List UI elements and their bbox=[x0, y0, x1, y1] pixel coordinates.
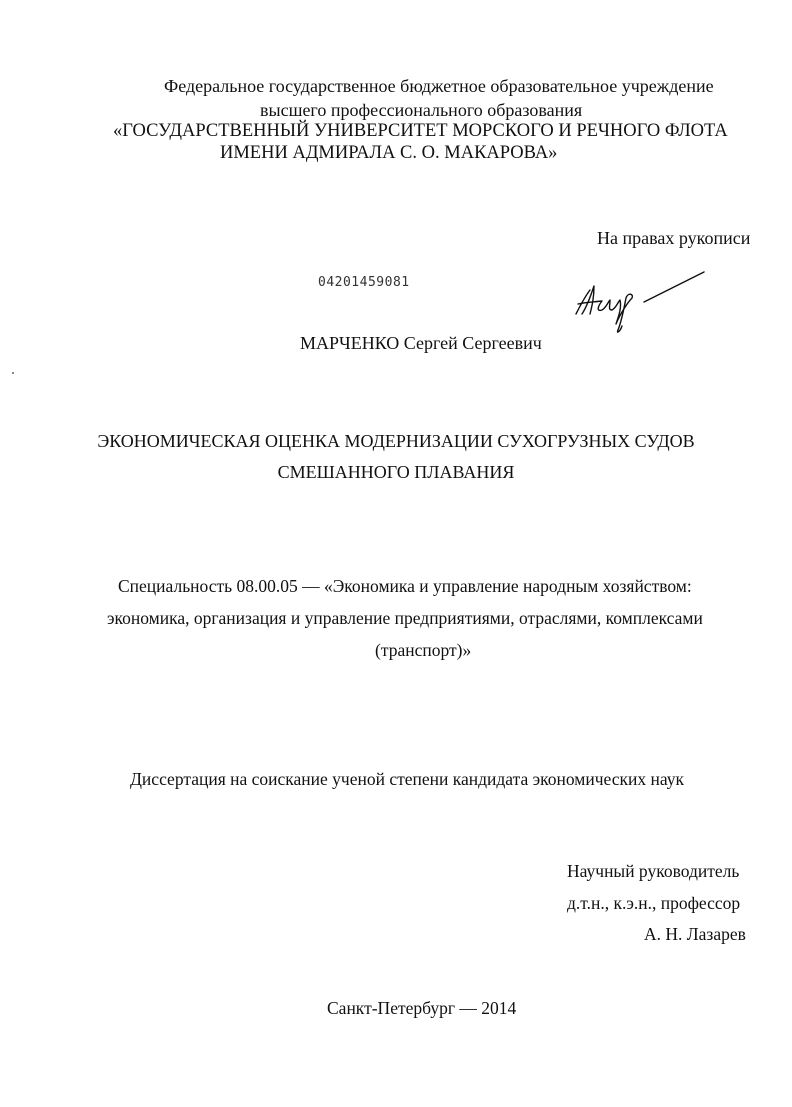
specialty-line-2: экономика, организация и управление пред… bbox=[107, 608, 703, 629]
dissertation-title-line-1: ЭКОНОМИЧЕСКАЯ ОЦЕНКА МОДЕРНИЗАЦИИ СУХОГР… bbox=[0, 431, 792, 452]
supervisor-name: А. Н. Лазарев bbox=[644, 924, 746, 945]
institution-line-2: высшего профессионального образования bbox=[260, 100, 582, 121]
institution-line-4: ИМЕНИ АДМИРАЛА С. О. МАКАРОВА» bbox=[220, 143, 557, 164]
specialty-line-1: Специальность 08.00.05 — «Экономика и уп… bbox=[118, 576, 692, 597]
manuscript-note: На правах рукописи bbox=[597, 228, 750, 249]
dissertation-title-line-2: СМЕШАННОГО ПЛАВАНИЯ bbox=[0, 462, 792, 483]
supervisor-credentials: д.т.н., к.э.н., профессор bbox=[567, 893, 740, 914]
scan-speck bbox=[12, 372, 14, 374]
author-name: МАРЧЕНКО Сергей Сергеевич bbox=[300, 333, 542, 354]
city-year: Санкт-Петербург — 2014 bbox=[327, 998, 516, 1019]
institution-line-1: Федеральное государственное бюджетное об… bbox=[164, 76, 714, 97]
specialty-line-3: (транспорт)» bbox=[375, 640, 471, 661]
institution-line-3: «ГОСУДАРСТВЕННЫЙ УНИВЕРСИТЕТ МОРСКОГО И … bbox=[113, 121, 728, 142]
degree-statement: Диссертация на соискание ученой степени … bbox=[130, 769, 684, 790]
supervisor-label: Научный руководитель bbox=[567, 861, 739, 882]
registration-code: 04201459081 bbox=[318, 275, 410, 290]
signature-icon bbox=[572, 268, 712, 338]
